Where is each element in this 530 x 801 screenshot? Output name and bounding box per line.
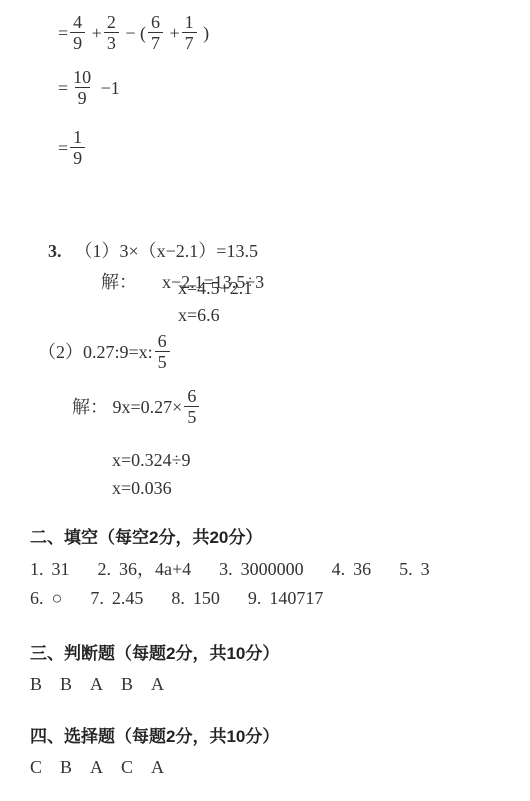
fill-item: 7.2.45 xyxy=(90,587,143,609)
item-number: 1. xyxy=(30,558,44,580)
fraction-numerator: 4 xyxy=(70,12,85,32)
math-text: 解： 9x=0.27× xyxy=(72,396,182,418)
math-text: = xyxy=(58,77,68,99)
item-answer: 3000000 xyxy=(241,558,304,580)
fill-section-heading: 二、填空（每空2分，共20分） xyxy=(30,527,262,548)
solution-step-2: x=4.5+2.1 xyxy=(178,277,252,299)
fraction: 19 xyxy=(70,127,85,168)
item-number: 9. xyxy=(248,587,262,609)
choice-section-heading: 四、选择题（每题2分，共10分） xyxy=(30,726,279,747)
math-text: = xyxy=(58,22,68,44)
fraction-denominator: 5 xyxy=(155,351,170,372)
fraction-denominator: 9 xyxy=(70,32,85,53)
item-number: 7. xyxy=(90,587,104,609)
answer-letter: C xyxy=(121,756,133,778)
fraction-numerator: 10 xyxy=(70,67,94,87)
judge-answers-row: B B A B A xyxy=(30,673,164,695)
item-answer: 140717 xyxy=(269,587,323,609)
item-number: 3. xyxy=(219,558,233,580)
fill-item: 9.140717 xyxy=(248,587,324,609)
math-text: −1 xyxy=(96,77,120,99)
problem3-part2-solve-line: 解： 9x=0.27×65 xyxy=(72,386,201,427)
problem3-number: 3. xyxy=(48,241,62,261)
fraction: 109 xyxy=(70,67,94,108)
fill-item: 4.36 xyxy=(332,558,372,580)
solution-step-5: x=0.036 xyxy=(112,477,172,499)
math-text: （2）0.27:9=x: xyxy=(38,341,153,363)
fraction: 67 xyxy=(148,12,163,53)
math-text: = xyxy=(58,137,68,159)
item-answer: 31 xyxy=(52,558,70,580)
fraction-denominator: 9 xyxy=(75,87,90,108)
item-number: 6. xyxy=(30,587,44,609)
fraction-numerator: 1 xyxy=(182,12,197,32)
fill-item: 1.31 xyxy=(30,558,70,580)
fill-answers-row-2: 6.○ 7.2.45 8.150 9.140717 xyxy=(30,587,323,609)
fraction-numerator: 6 xyxy=(148,12,163,32)
choice-answers-row: C B A C A xyxy=(30,756,164,778)
item-number: 8. xyxy=(171,587,185,609)
answer-letter: B xyxy=(30,673,42,695)
answer-sheet-page: =49 +23 − (67 +17 ) =109 −1 =19 3.（1）3×（… xyxy=(0,0,530,801)
fill-item: 6.○ xyxy=(30,587,62,609)
math-text: + xyxy=(165,22,180,44)
item-number: 4. xyxy=(332,558,346,580)
item-answer: 36 xyxy=(353,558,371,580)
answer-letter: A xyxy=(90,756,103,778)
equation-line-1: =49 +23 − (67 +17 ) xyxy=(58,12,209,53)
item-answer: 2.45 xyxy=(112,587,144,609)
answer-letter: B xyxy=(60,673,72,695)
fraction: 65 xyxy=(155,331,170,372)
item-answer: 36，4a+4 xyxy=(119,558,191,580)
fill-item: 8.150 xyxy=(171,587,220,609)
solution-step-3: x=6.6 xyxy=(178,304,220,326)
solve-label: 解： xyxy=(101,272,137,292)
item-number: 5. xyxy=(399,558,413,580)
fraction: 49 xyxy=(70,12,85,53)
fill-item: 5.3 xyxy=(399,558,430,580)
fraction-numerator: 2 xyxy=(104,12,119,32)
answer-letter: B xyxy=(60,756,72,778)
answer-letter: A xyxy=(90,673,103,695)
fraction: 23 xyxy=(104,12,119,53)
fraction-denominator: 9 xyxy=(70,147,85,168)
math-text: + xyxy=(87,22,102,44)
fraction-denominator: 5 xyxy=(184,406,199,427)
fraction-numerator: 6 xyxy=(155,331,170,351)
item-answer: 3 xyxy=(421,558,430,580)
item-answer: ○ xyxy=(52,587,63,609)
math-text: − ( xyxy=(121,22,146,44)
solution-step-4: x=0.324÷9 xyxy=(112,449,191,471)
fraction-denominator: 7 xyxy=(148,32,163,53)
fraction: 17 xyxy=(182,12,197,53)
equation-line-3: =19 xyxy=(58,127,87,168)
fraction-denominator: 3 xyxy=(104,32,119,53)
fill-item: 2.36，4a+4 xyxy=(98,558,192,580)
math-text: ) xyxy=(199,22,210,44)
fraction-numerator: 6 xyxy=(184,386,199,406)
fill-answers-row-1: 1.31 2.36，4a+4 3.3000000 4.36 5.3 xyxy=(30,558,430,580)
equation-line-2: =109 −1 xyxy=(58,67,120,108)
judge-section-heading: 三、判断题（每题2分，共10分） xyxy=(30,643,279,664)
problem3-part2-equation: （2）0.27:9=x:65 xyxy=(38,331,172,372)
item-answer: 150 xyxy=(193,587,220,609)
answer-letter: C xyxy=(30,756,42,778)
answer-letter: B xyxy=(121,673,133,695)
fraction: 65 xyxy=(184,386,199,427)
fraction-denominator: 7 xyxy=(182,32,197,53)
fill-item: 3.3000000 xyxy=(219,558,304,580)
item-number: 2. xyxy=(98,558,112,580)
answer-letter: A xyxy=(151,756,164,778)
answer-letter: A xyxy=(151,673,164,695)
fraction-numerator: 1 xyxy=(70,127,85,147)
